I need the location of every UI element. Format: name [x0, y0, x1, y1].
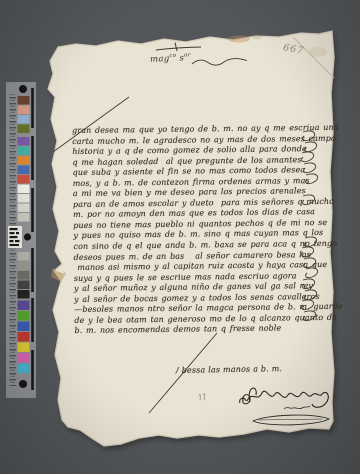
- paper-stain: [228, 36, 250, 43]
- color-patch: [18, 213, 30, 222]
- color-patch: [18, 106, 30, 115]
- color-patch: [18, 147, 30, 156]
- color-patch: [18, 125, 30, 134]
- registration-dot-mid: [24, 233, 31, 240]
- color-patch: [18, 194, 30, 203]
- scanned-manuscript-photo: magco sor 667 gran desea ma que yo tengo…: [0, 0, 360, 474]
- color-calibration-strip: [6, 82, 36, 398]
- color-patch: [18, 364, 30, 374]
- registration-dot-top: [19, 85, 27, 93]
- color-patch: [18, 353, 30, 363]
- color-patch: [18, 115, 30, 124]
- color-patch: [18, 96, 30, 105]
- manuscript-paper: [48, 31, 334, 446]
- color-patch: [18, 185, 30, 194]
- photo-canvas: [0, 0, 360, 474]
- color-patch: [18, 137, 30, 146]
- paper-stain: [252, 36, 262, 40]
- color-patch: [18, 262, 30, 271]
- color-patch: [18, 343, 30, 353]
- color-patch: [18, 290, 30, 299]
- color-patch: [18, 301, 30, 311]
- color-patch: [18, 271, 30, 280]
- color-patch: [18, 322, 30, 332]
- color-patch: [18, 156, 30, 165]
- color-patch: [18, 175, 30, 184]
- color-patch: [18, 166, 30, 175]
- color-patch: [18, 281, 30, 290]
- registration-dot-bottom: [19, 380, 27, 388]
- color-patch: [18, 332, 30, 342]
- paper-sheet: [48, 31, 334, 446]
- color-patch: [18, 204, 30, 213]
- color-patch: [18, 252, 30, 261]
- color-patch: [18, 311, 30, 321]
